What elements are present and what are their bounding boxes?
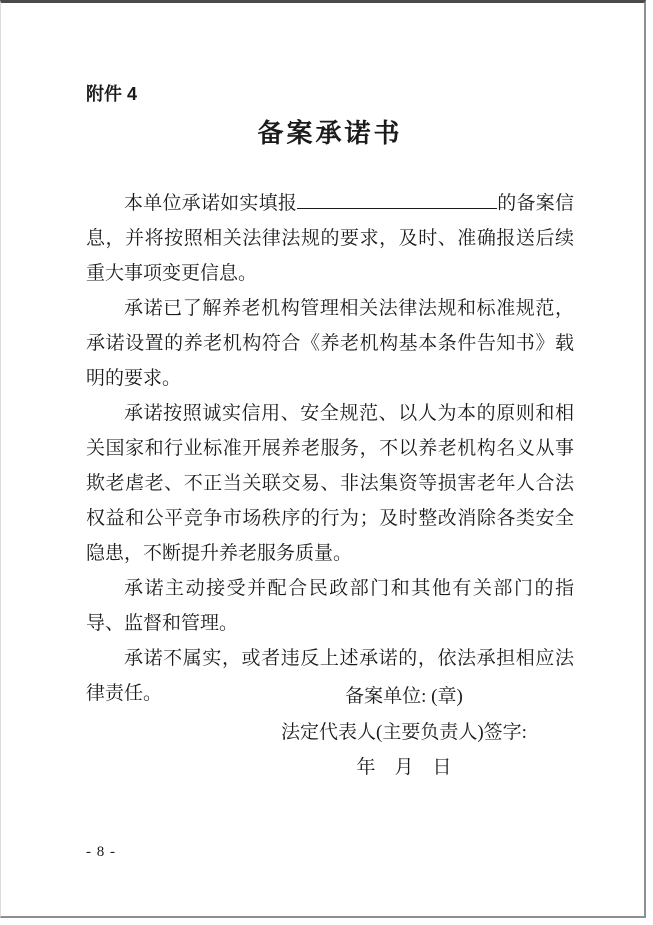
attachment-label: 附件 4	[86, 83, 574, 106]
signature-date-line: 年 月 日	[273, 750, 535, 786]
paragraph-supervision-acceptance: 承诺主动接受并配合民政部门和其他有关部门的指导、监督和管理。	[86, 571, 574, 641]
signature-signer-line: 法定代表人(主要负责人)签字:	[273, 715, 535, 751]
page-number: - 8 -	[86, 844, 116, 861]
signature-block: 备案单位: (章) 法定代表人(主要负责人)签字: 年 月 日	[273, 679, 535, 786]
document-page: 附件 4 备案承诺书 本单位承诺如实填报的备案信息，并将按照相关法律法规的要求，…	[0, 0, 646, 918]
signature-unit-line: 备案单位: (章)	[273, 679, 535, 715]
document-body: 本单位承诺如实填报的备案信息，并将按照相关法律法规的要求，及时、准确报送后续重大…	[86, 186, 574, 711]
paragraph-service-standards: 承诺按照诚实信用、安全规范、以人为本的原则和相关国家和行业标准开展养老服务，不以…	[86, 396, 574, 571]
document-title: 备案承诺书	[86, 118, 574, 150]
paragraph-filing-commitment: 本单位承诺如实填报的备案信息，并将按照相关法律法规的要求，及时、准确报送后续重大…	[86, 186, 574, 291]
document-content: 附件 4 备案承诺书 本单位承诺如实填报的备案信息，并将按照相关法律法规的要求，…	[1, 3, 644, 711]
paragraph-regulation-awareness: 承诺已了解养老机构管理相关法律法规和标准规范，承诺设置的养老机构符合《养老机构基…	[86, 291, 574, 396]
fill-in-blank-line	[297, 190, 497, 209]
paragraph-1-prefix: 本单位承诺如实填报	[124, 193, 297, 214]
